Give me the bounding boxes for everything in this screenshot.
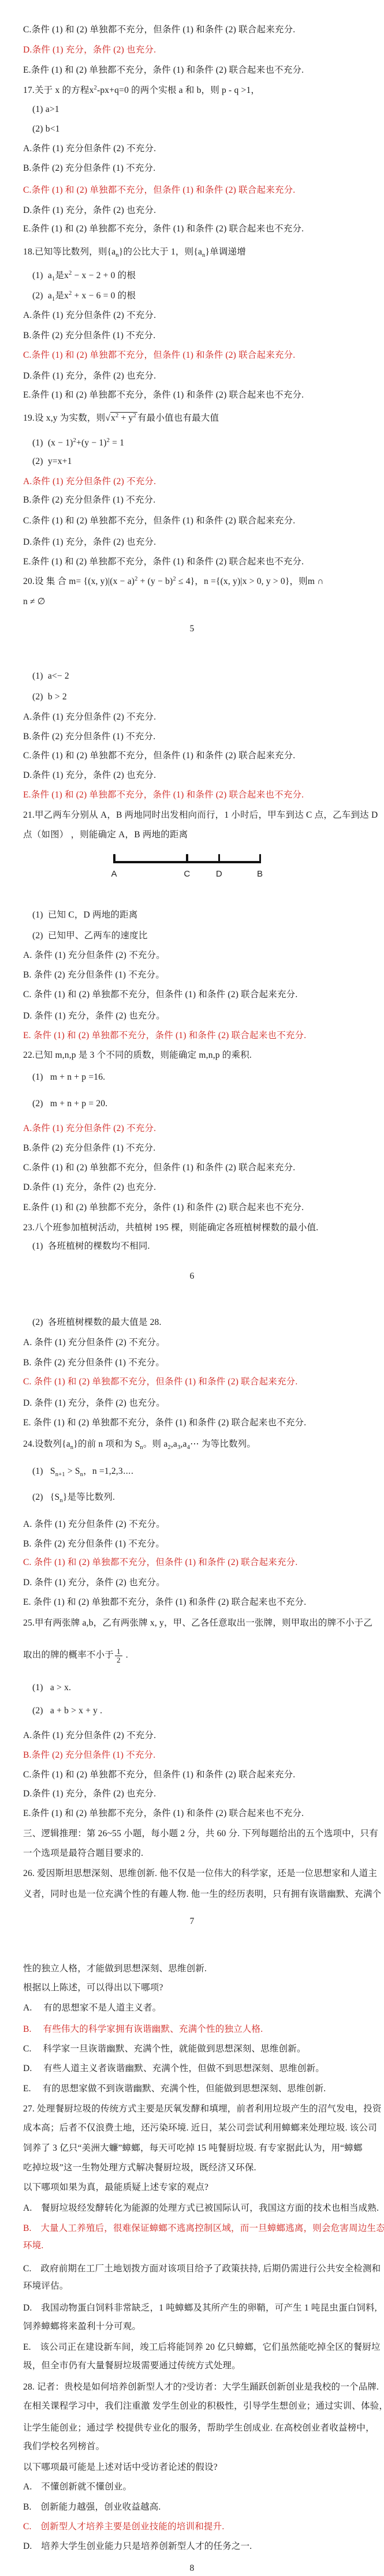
- option-line: D.条件 (1) 充分，条件 (2) 也充分.: [23, 204, 156, 217]
- diagram-tick-A: [113, 854, 115, 863]
- option-line: E. 有的思想家做不到诙谐幽默、充满个性，但能做到思想深刻、思维创新.: [23, 2083, 326, 2095]
- question-line: 27. 处理餐厨垃圾的传统方式主要是厌氧发酵和填埋，前者利用垃圾产生的沼气发电，…: [23, 2103, 382, 2116]
- option-line: E.条件 (1) 和 (2) 单独都不充分，条件 (1) 和条件 (2) 联合起…: [23, 556, 304, 568]
- fraction: 12: [115, 1648, 122, 1664]
- option-line: C. 政府前期在工厂土地划拨方面对该项目给予了政策扶持, 后期仍需进行公共安全检…: [23, 2263, 381, 2275]
- option-line: D.条件 (1) 充分，条件 (2) 也充分.: [23, 536, 156, 549]
- option-line: E. 该公司正在建设新车间，竣工后将能饲养 20 亿只蟑螂，它们虽然能吃掉全区的…: [23, 2341, 381, 2354]
- option-line: C.条件 (1) 和 (2) 单独都不充分，但条件 (1) 和条件 (2) 联合…: [23, 24, 295, 36]
- continuation-line: 我们学校名列榜首。: [23, 2440, 105, 2453]
- option-line: D.条件 (1) 充分，条件 (2) 也充分.: [23, 370, 156, 383]
- continuation-line: n ≠ ∅: [23, 596, 46, 608]
- page-number: 8: [0, 2562, 384, 2575]
- question-line: 19.设 x,y 为实数，则√x2 + y2有最小值也有最大值: [23, 412, 219, 425]
- option-line: D. 条件 (1) 充分，条件 (2) 也充分。: [23, 1397, 165, 1410]
- option-line: D. 有些人道主义者诙谐幽默、充满个性，但做不到思想深刻、思维创新。: [23, 2062, 325, 2075]
- option-line: D. 条件 (1) 充分，条件 (2) 也充分。: [23, 1010, 165, 1023]
- option-line: B. 条件 (2) 充分但条件 (1) 不充分。: [23, 1357, 165, 1369]
- option-line: C.条件 (1) 和 (2) 单独都不充分，但条件 (1) 和条件 (2) 联合…: [23, 184, 295, 197]
- option-line: C.条件 (1) 和 (2) 单独都不充分，但条件 (1) 和条件 (2) 联合…: [23, 750, 295, 762]
- question-line: 20.设 集 合 m= {(x, y)|(x − a)2 + (y − b)2 …: [23, 575, 324, 588]
- condition-line: (2) a1是x2 + x − 6 = 0 的根: [32, 290, 136, 302]
- option-line: B.条件 (2) 充分但条件 (1) 不充分.: [23, 1749, 155, 1762]
- condition-line: (2) b<1: [32, 123, 60, 136]
- option-line: B. 有些伟大的科学家拥有诙谐幽默、充满个性的独立人格.: [23, 2023, 263, 2036]
- option-line: E.条件 (1) 和 (2) 单独都不充分，条件 (1) 和条件 (2) 联合起…: [23, 223, 304, 235]
- option-line: D. 条件 (1) 充分，条件 (2) 也充分。: [23, 1577, 165, 1589]
- condition-line: (2) m + n + p = 20.: [32, 1098, 107, 1110]
- diagram-label-C: C: [180, 869, 194, 879]
- section-header: 三、逻辑推理：第 26~55 小题，每小题 2 分，共 60 分. 下列每题给出…: [23, 1828, 378, 1840]
- option-line: A.条件 (1) 充分但条件 (2) 不充分.: [23, 143, 156, 155]
- condition-line: (1) Sn+1 > Sn，n =1,2,3⋯.: [32, 1465, 133, 1478]
- option-line: A. 餐厨垃圾经发酵转化为能源的处理方式已被国际认可，我国这方面的技术也相当成熟…: [23, 2202, 379, 2215]
- question-line: 28. 记者：贵校是如何培养创新型人才的?受访者：大学生踊跃创新创业是我校的一个…: [23, 2381, 379, 2394]
- condition-line: (2) b > 2: [32, 691, 67, 703]
- option-line: A. 条件 (1) 充分但条件 (2) 不充分。: [23, 1518, 165, 1531]
- option-line: B. 条件 (2) 充分但条件 (1) 不充分。: [23, 969, 165, 982]
- option-line: B.条件 (2) 充分但条件 (1) 不充分.: [23, 162, 155, 175]
- option-line: B.条件 (2) 充分但条件 (1) 不充分.: [23, 731, 155, 743]
- option-line: D. 培养大学生创业能力只是培养创新型人才的任务之一.: [23, 2540, 252, 2553]
- option-line: A.条件 (1) 充分但条件 (2) 不充分.: [23, 309, 156, 322]
- page-number: 6: [0, 1270, 384, 1283]
- condition-line: (1) 已知 C，D 两地的距离: [32, 909, 138, 922]
- question-line: 24.设数列{an}的前 n 项和为 Sn。则 a2,a3,a4⋯ 为等比数列。: [23, 1438, 256, 1451]
- diagram-tick-D: [218, 854, 221, 863]
- diagram-tick-B: [259, 854, 262, 863]
- condition-line: (1) 各班植树的棵数均不相同.: [32, 1240, 150, 1253]
- option-line: A. 有的思想家不是人道主义者。: [23, 2002, 161, 2015]
- option-line: D.条件 (1) 充分，条件 (2) 也充分.: [23, 1788, 156, 1800]
- option-line: E.条件 (1) 和 (2) 单独都不充分，条件 (1) 和条件 (2) 联合起…: [23, 789, 304, 802]
- continuation-line: 取出的牌的概率不小于12 .: [23, 1648, 128, 1664]
- option-line: D.条件 (1) 充分，条件 (2) 也充分.: [23, 1181, 156, 1194]
- diagram-label-A: A: [107, 869, 121, 879]
- option-line: C.条件 (1) 和 (2) 单独都不充分，但条件 (1) 和条件 (2) 联合…: [23, 1769, 295, 1781]
- question-line: 25.甲有两张牌 a,b，乙有两张牌 x, y，甲、乙各任意取出一张牌，则甲取出…: [23, 1617, 372, 1630]
- exam-document-page: C.条件 (1) 和 (2) 单独都不充分，但条件 (1) 和条件 (2) 联合…: [0, 0, 384, 2576]
- option-line: C. 创新型人才培养主要是创业技能的培训和提升.: [23, 2521, 224, 2533]
- square-root: √x2 + y2: [105, 412, 137, 423]
- option-line: D.条件 (1) 充分，条件 (2) 也充分.: [23, 44, 156, 57]
- question-line: 17.关于 x 的方程x2-px+q=0 的两个实根 a 和 b，则 p - q…: [23, 84, 260, 97]
- condition-line: (1) a>1: [32, 103, 59, 116]
- option-line: A. 条件 (1) 充分但条件 (2) 不充分。: [23, 949, 165, 962]
- condition-line: (1) (x − 1)2+(y − 1)2 = 1: [32, 437, 124, 450]
- option-line: D. 我国动物蛋白饲料非常缺乏，1 吨蟑螂及其所产生的卵鞘，可产生 1 吨昆虫蛋…: [23, 2302, 377, 2315]
- condition-line: (2) 已知甲、乙两车的速度比: [32, 930, 148, 942]
- option-line: C.条件 (1) 和 (2) 单独都不充分，但条件 (1) 和条件 (2) 联合…: [23, 349, 295, 362]
- question-line: 23.八个班参加植树活动，共植树 195 棵，则能确定各班植树棵数的最小值.: [23, 1222, 318, 1234]
- page-number: 7: [0, 1915, 384, 1928]
- continuation-line: 饲养了 3 亿只“美洲大蠊”蟑螂，每天可吃掉 15 吨餐厨垃圾. 有专家据此认为…: [23, 2142, 363, 2155]
- option-line: C.条件 (1) 和 (2) 单独都不充分，但条件 (1) 和条件 (2) 联合…: [23, 515, 295, 527]
- question-line: 22.已知 m,n,p 是 3 个不同的质数，则能确定 m,n,p 的乘积.: [23, 1049, 252, 1062]
- continuation-line: 环境.: [23, 2240, 43, 2252]
- option-line: E. 条件 (1) 和 (2) 单独都不充分，条件 (1) 和条件 (2) 联合…: [23, 1596, 306, 1609]
- condition-line: (1) a > x.: [32, 1682, 71, 1694]
- continuation-line: 性的独立人格，才能做到思想深刻、思维创新.: [23, 1963, 207, 1975]
- option-line: D.条件 (1) 充分，条件 (2) 也充分.: [23, 769, 156, 782]
- condition-line: (2) 各班植树棵数的最大值是 28.: [32, 1316, 162, 1329]
- diagram-tick-C: [186, 854, 188, 863]
- prompt-line: 以下哪项最可能是上述对话中受访者论述的假设?: [23, 2461, 218, 2474]
- option-line: A.条件 (1) 充分但条件 (2) 不充分.: [23, 711, 156, 724]
- continuation-line: 吃掉垃圾”这一生物处理方式解决餐厨垃圾，既经济又环保.: [23, 2162, 256, 2174]
- option-line: B.条件 (2) 充分但条件 (1) 不充分.: [23, 494, 155, 507]
- option-line: B. 大量人工养殖后，很难保证蟑螂不逃离控制区域，而一旦蟑螂逃离，则会危害周边生…: [23, 2222, 384, 2235]
- option-line: B. 创新能力越强，创业收益越高.: [23, 2501, 161, 2514]
- option-line: B. 条件 (2) 充分但条件 (1) 不充分。: [23, 1538, 165, 1551]
- option-line: C.条件 (1) 和 (2) 单独都不充分，但条件 (1) 和条件 (2) 联合…: [23, 1162, 295, 1174]
- option-line: C. 科学家一旦诙谐幽默、充满个性，就能做到思想深刻、思维创新。: [23, 2043, 306, 2055]
- continuation-line: 一个选项是最符合题目要求的.: [23, 1847, 143, 1860]
- continuation-line: 成本高；后者不仅浪费土地，还污染环境. 近日，某公司尝试利用蟑螂来处理垃圾. 该…: [23, 2122, 377, 2135]
- option-line: A.条件 (1) 充分但条件 (2) 不充分.: [23, 1729, 156, 1742]
- continuation-line: 在相关课程学习中，我们注重激 发学生创业的积极性，引导学生想创业；通过实训、体验…: [23, 2400, 384, 2413]
- option-line: A.条件 (1) 充分但条件 (2) 不充分.: [23, 475, 156, 488]
- option-line: E. 条件 (1) 和 (2) 单独都不充分，条件 (1) 和条件 (2) 联合…: [23, 1029, 306, 1042]
- continuation-line: 义者，同时也是一位充满个性的有趣人物. 他一生的经历表明，只有拥有诙谐幽默、充满…: [23, 1888, 381, 1901]
- option-line: C. 条件 (1) 和 (2) 单独都不充分，但条件 (1) 和条件 (2) 联…: [23, 989, 297, 1001]
- continuation-line: 饲养蟑螂将来盈利十分可观。: [23, 2320, 141, 2333]
- option-line: C. 条件 (1) 和 (2) 单独都不充分，但条件 (1) 和条件 (2) 联…: [23, 1556, 297, 1569]
- option-line: E.条件 (1) 和 (2) 单独都不充分，条件 (1) 和条件 (2) 联合起…: [23, 389, 304, 402]
- continuation-line: 圾，但全市仍有大量餐厨垃圾需要通过传统方式处理。: [23, 2360, 241, 2372]
- option-line: A. 不懂创新就不懂创业。: [23, 2481, 132, 2493]
- option-line: E. 条件 (1) 和 (2) 单独都不充分，条件 (1) 和条件 (2) 联合…: [23, 1417, 306, 1429]
- question-line: 18.已知等比数列，则{an}的公比大于 1，则{an}单调递增: [23, 246, 246, 259]
- option-line: A.条件 (1) 充分但条件 (2) 不充分.: [23, 1122, 156, 1135]
- prompt-line: 根据以上陈述，可以得出以下哪项?: [23, 1982, 163, 1994]
- question-line: 21.甲乙两车分别从 A，B 两地同时出发相向而行，1 小时后，甲车到达 C 点…: [23, 809, 378, 822]
- condition-line: (1) a<− 2: [32, 670, 69, 683]
- option-line: B.条件 (2) 充分但条件 (1) 不充分.: [23, 330, 155, 342]
- condition-line: (1) a1是x2 − x − 2 + 0 的根: [32, 269, 136, 282]
- page-number: 5: [0, 623, 384, 635]
- condition-line: (1) m + n + p =16.: [32, 1071, 105, 1084]
- option-line: A. 条件 (1) 充分但条件 (2) 不充分。: [23, 1336, 165, 1349]
- option-line: E.条件 (1) 和 (2) 单独都不充分，条件 (1) 和条件 (2) 联合起…: [23, 1201, 304, 1214]
- diagram-label-B: B: [253, 869, 267, 879]
- prompt-line: 以下哪项如果为真，最能质疑上述专家的观点?: [23, 2181, 208, 2194]
- diagram-label-D: D: [212, 869, 226, 879]
- option-line: E.条件 (1) 和 (2) 单独都不充分，条件 (1) 和条件 (2) 联合起…: [23, 64, 304, 77]
- option-line: C. 条件 (1) 和 (2) 单独都不充分，但条件 (1) 和条件 (2) 联…: [23, 1376, 297, 1388]
- continuation-line: 环境评估。: [23, 2280, 69, 2293]
- question-line: 26. 爱因斯坦思想深刻、思维创新. 他不仅是一位伟大的科学家，还是一位思想家和…: [23, 1867, 377, 1880]
- condition-line: (2) {Sn}是等比数列.: [32, 1491, 115, 1504]
- condition-line: (2) y=x+1: [32, 455, 72, 468]
- condition-line: (2) a + b > x + y .: [32, 1705, 102, 1717]
- option-line: B.条件 (2) 充分但条件 (1) 不充分.: [23, 1142, 155, 1155]
- option-line: E.条件 (1) 和 (2) 单独都不充分，条件 (1) 和条件 (2) 联合起…: [23, 1807, 304, 1820]
- continuation-line: 让学生能创业；通过学 校提供专业化的服务，帮助学生创成业. 在高校创业者收益榜中…: [23, 2422, 375, 2435]
- segment-diagram: ACDB: [113, 853, 261, 880]
- continuation-line: 点（如图） ，则能确定 A，B 两地的距离: [23, 829, 188, 841]
